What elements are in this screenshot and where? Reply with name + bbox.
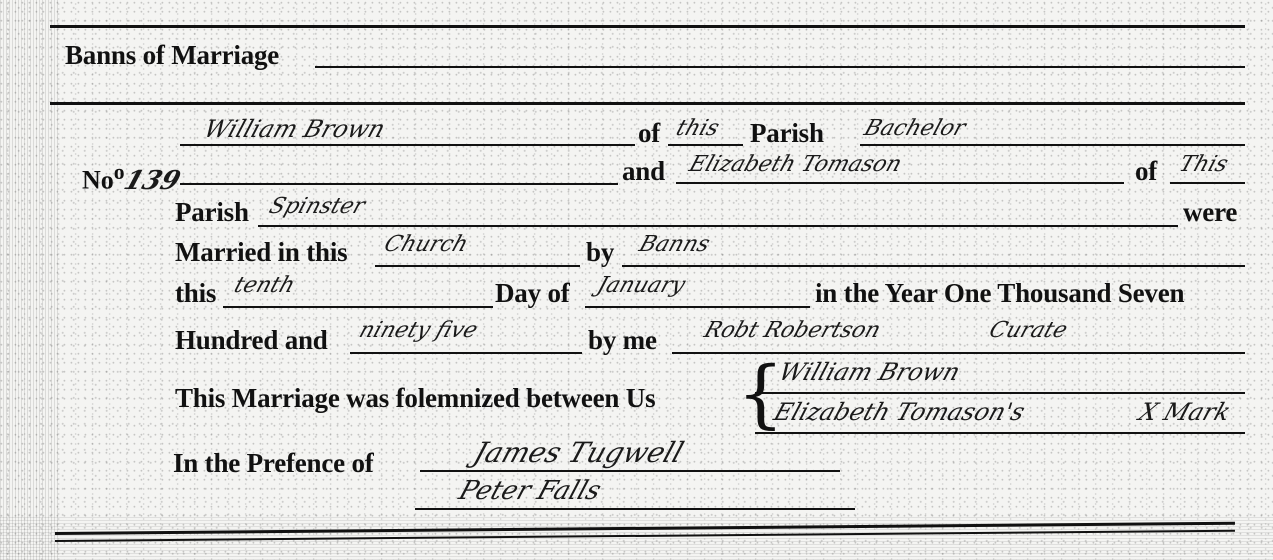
label-of-2: of — [1135, 156, 1157, 187]
banns-heading: Banns of Marriage — [65, 40, 279, 71]
groom-status: Bachelor — [861, 116, 969, 141]
label-in-the-year: in the Year One Thousand Seven — [815, 278, 1184, 309]
scan-edge-left — [0, 0, 60, 560]
witness-2: Peter Falls — [455, 476, 605, 506]
scan-edge-bottom — [0, 515, 1273, 560]
entry-number-prefix: No — [82, 166, 114, 195]
groom-residence: this — [673, 116, 722, 141]
marriage-place: Church — [381, 232, 471, 257]
label-of: of — [638, 118, 660, 149]
top-rule — [50, 25, 1245, 28]
label-this: this — [175, 278, 216, 309]
bride-residence: This — [1176, 152, 1231, 177]
banns-line — [315, 66, 1245, 68]
groom-name-line — [180, 144, 635, 146]
marriage-day-line — [223, 306, 493, 308]
marriage-year-line — [350, 352, 582, 354]
groom-signature: William Brown — [775, 358, 963, 386]
label-married-in-this: Married in this — [175, 237, 348, 268]
marriage-method-line — [622, 265, 1245, 267]
entry-number: Noo139 — [82, 160, 179, 196]
bride-residence-line — [1170, 182, 1245, 184]
marriage-method: Banns — [636, 232, 713, 257]
bride-status-line — [258, 225, 1178, 227]
label-parish-2: Parish — [175, 197, 249, 228]
entry-number-value: 139 — [120, 166, 184, 196]
groom-status-line — [860, 144, 1245, 146]
marriage-month: January — [594, 273, 688, 298]
label-presence: In the Prefence of — [173, 448, 374, 479]
entry-line — [180, 183, 618, 185]
label-day-of: Day of — [495, 278, 570, 309]
officiant-name: Robt Robertson — [701, 318, 884, 343]
marriage-day: tenth — [231, 273, 298, 298]
bride-signature-line — [755, 432, 1245, 434]
label-by-me: by me — [588, 325, 657, 356]
groom-residence-line — [668, 144, 743, 146]
label-by: by — [586, 237, 614, 268]
groom-name: William Brown — [200, 115, 388, 143]
officiant-title: Curate — [986, 318, 1071, 343]
witness-1: James Tugwell — [470, 436, 688, 469]
section-rule — [50, 102, 1245, 105]
label-solemnized: This Marriage was folemnized between Us — [175, 383, 655, 414]
marriage-place-line — [375, 265, 580, 267]
witness-2-line — [415, 508, 855, 510]
bride-status: Spinster — [266, 194, 368, 219]
label-and: and — [622, 156, 665, 187]
marriage-month-line — [585, 306, 810, 308]
groom-signature-line — [755, 392, 1245, 394]
bride-signature: Elizabeth Tomason's — [770, 398, 1028, 426]
bride-name: Elizabeth Tomason — [686, 152, 905, 177]
bride-name-line — [676, 182, 1124, 184]
marriage-year: ninety five — [356, 318, 481, 343]
bride-mark: X Mark — [1135, 398, 1234, 426]
label-parish: Parish — [750, 118, 824, 149]
label-were: were — [1183, 197, 1237, 228]
label-hundred-and: Hundred and — [175, 325, 328, 356]
witness-1-line — [420, 470, 840, 472]
